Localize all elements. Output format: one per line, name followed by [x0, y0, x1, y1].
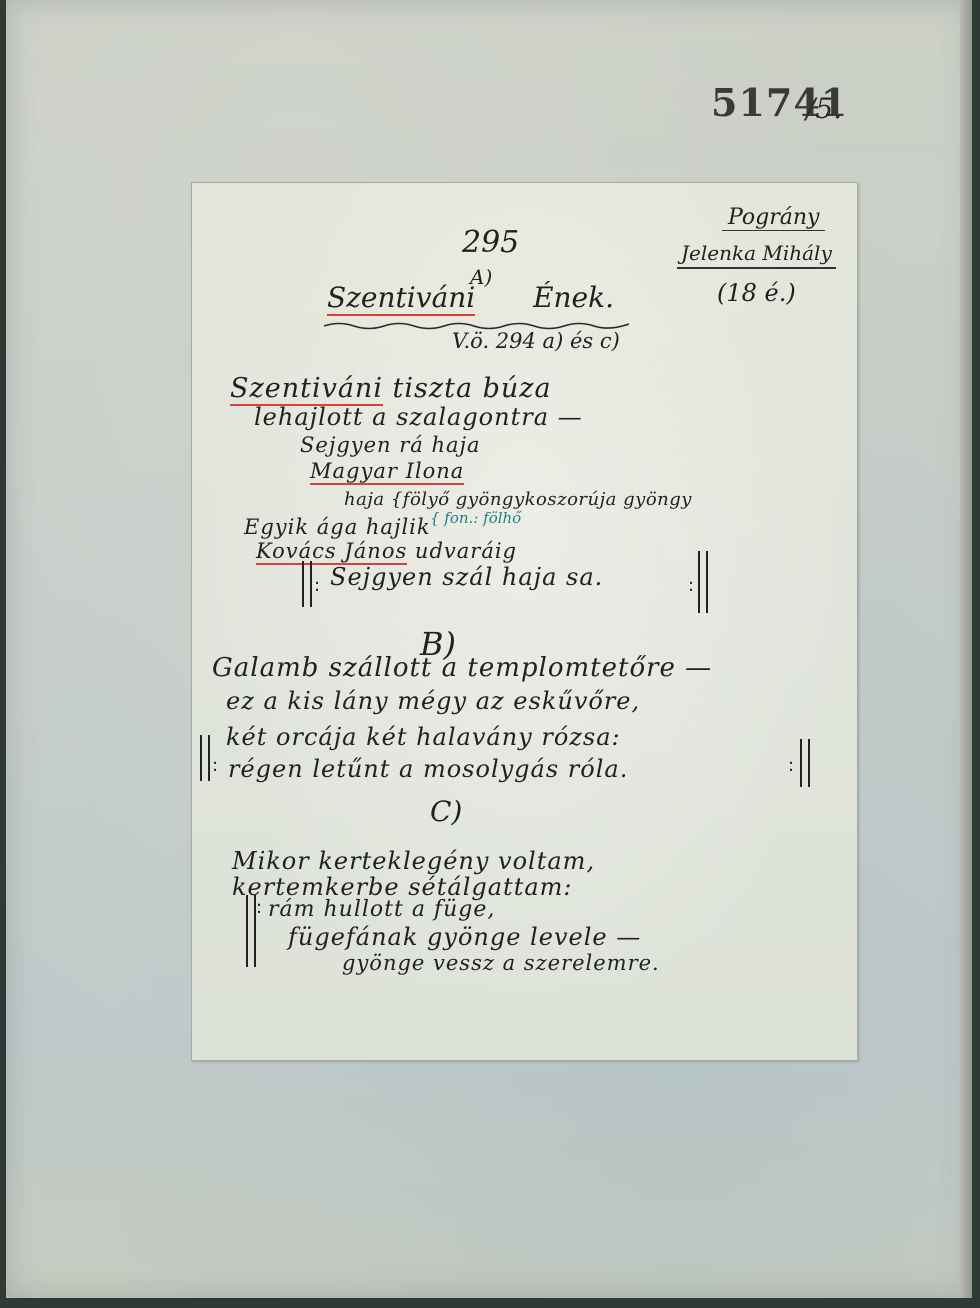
- repeat-start-bar: [246, 895, 256, 967]
- repeat-end-bar: [698, 551, 708, 613]
- manuscript-sheet: 295 A) Szentiváni Ének. V.ö. 294 a) és c…: [191, 182, 858, 1061]
- repeat-end-dots: :: [688, 575, 694, 596]
- repeat-end-bar: [800, 739, 810, 787]
- mount-edge: [960, 0, 972, 1298]
- cross-reference: V.ö. 294 a) és c): [452, 329, 620, 353]
- lyric-line: gyönge vessz a szerelemre.: [342, 951, 660, 975]
- lyric-line: Sejgyen szál haja sa.: [330, 563, 603, 591]
- lyric-line: régen letűnt a mosolygás róla.: [228, 755, 628, 783]
- lyric-line: rám hullott a füge,: [268, 897, 495, 922]
- repeat-start-bar: [302, 561, 312, 607]
- song-number: 295: [462, 225, 519, 260]
- title-word-underlined: Szentiváni: [327, 281, 475, 316]
- lyric-line: Kovács János udvaráig: [256, 539, 517, 563]
- repeat-end-dots: :: [788, 755, 794, 776]
- song-title: Szentiváni Ének.: [327, 281, 614, 314]
- section-label-c: C): [430, 795, 462, 828]
- lyric-line: két orcája két halavány rózsa:: [226, 723, 621, 751]
- collector-age: (18 é.): [717, 279, 796, 307]
- lyric-line: Mikor kerteklegény voltam,: [232, 847, 595, 875]
- lyric-line: Sejgyen rá haja: [300, 433, 481, 457]
- repeat-start-dots: :: [212, 755, 218, 776]
- title-word: Ének.: [533, 281, 614, 314]
- catalog-number-suffix: /5.: [806, 92, 842, 125]
- phonetic-annotation: { fon.: fölhő: [430, 509, 521, 527]
- lyric-line: ez a kis lány mégy az eskűvőre,: [226, 687, 640, 715]
- lyric-line: haja {fölyő gyöngykoszorúja gyöngy: [344, 489, 692, 510]
- repeat-start-bar: [200, 735, 210, 781]
- lyric-line: fügefának gyönge levele —: [288, 923, 641, 951]
- lyric-line: Galamb szállott a templomtetőre —: [212, 653, 712, 683]
- lyric-line: Egyik ága hajlik: [244, 515, 431, 539]
- lyric-line: Magyar Ilona: [310, 459, 464, 483]
- repeat-start-dots: :: [314, 575, 320, 596]
- collector-name: Jelenka Mihály: [677, 241, 836, 269]
- lyric-line: lehajlott a szalagontra —: [254, 403, 583, 431]
- lyric-line: Szentiváni tiszta búza: [230, 373, 552, 404]
- collector-place: Pográny: [722, 205, 825, 231]
- archive-mount-board: 51741 /5. 295 A) Szentiváni Ének. V.ö. 2…: [6, 0, 972, 1298]
- repeat-start-dots: :: [256, 897, 262, 918]
